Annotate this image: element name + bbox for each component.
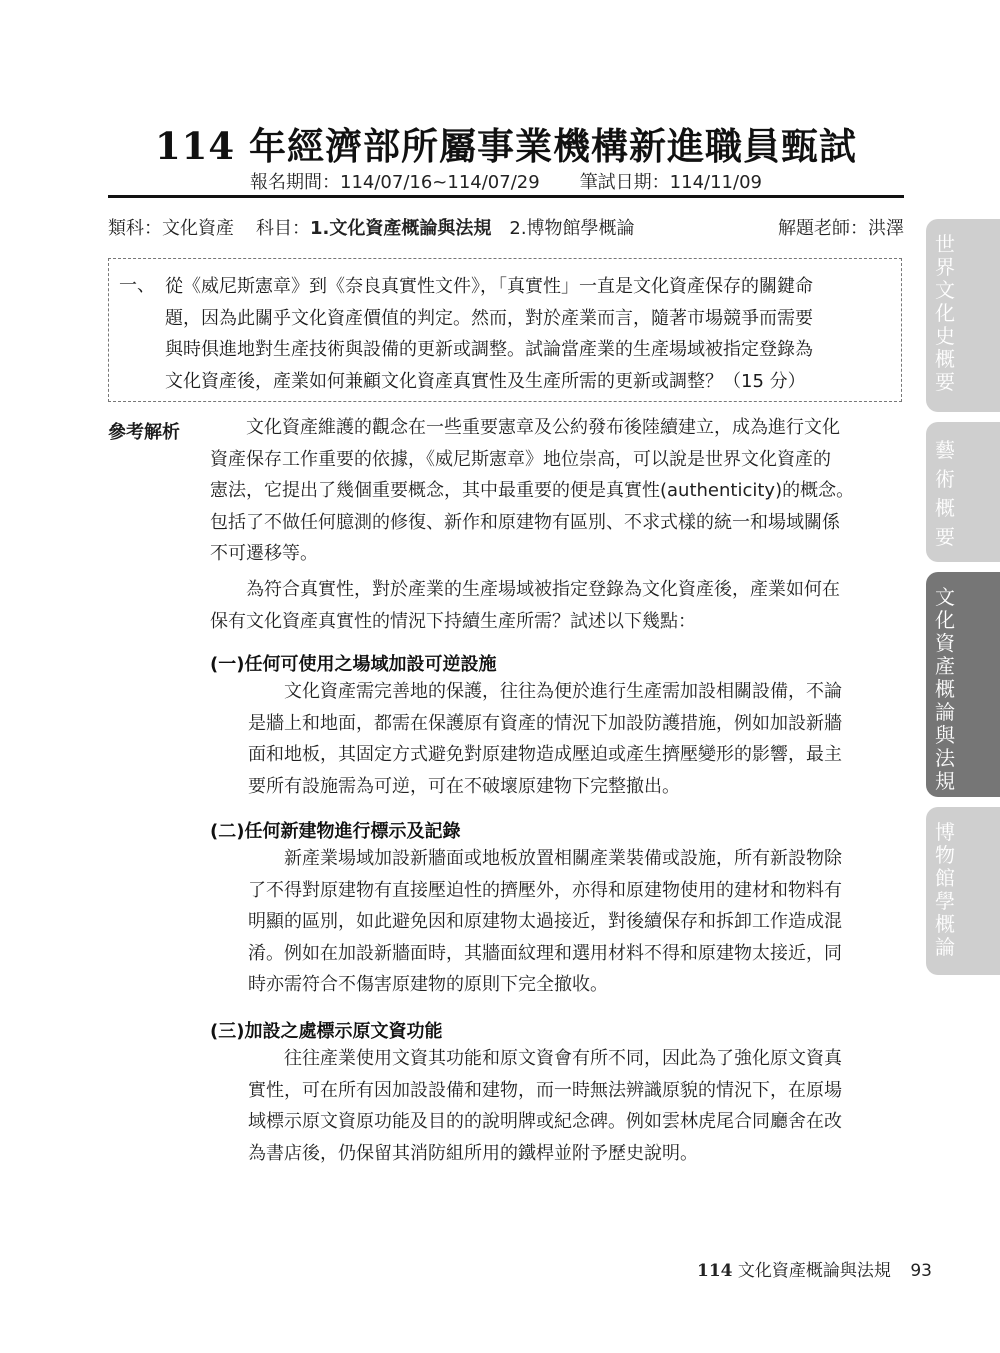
section-body-3: 往往產業使用文資其功能和原文資會有所不同，因此為了強化原文資真 實性，可在所有因… [248, 1043, 842, 1169]
page-footer: 114 文化資產概論與法規 93 [697, 1256, 932, 1281]
section-line: 面和地板，其固定方式避免對原建物造成壓迫或產生擠壓變形的影響，最主 [248, 739, 842, 771]
side-tab-museology[interactable]: 博物館學概論 [926, 807, 1000, 975]
question-line: 與時俱進地對生產技術與設備的更新或調整。試論當產業的生產場域被指定登錄為 [165, 334, 891, 366]
section-body-2: 新產業場域加設新牆面或地板放置相關產業裝備或設施，所有新設物除 了不得對原建物有… [248, 843, 842, 1001]
section-line: 時亦需符合不傷害原建物的原則下完全撤收。 [248, 969, 842, 1001]
side-tab-label: 文化資產概論與法規 [935, 586, 957, 793]
section-line: 是牆上和地面，都需在保護原有資產的情況下加設防護措施，例如加設新牆 [248, 708, 842, 740]
answer-line: 保有文化資產真實性的情況下持續生產所需？試述以下幾點： [210, 606, 840, 638]
section-heading-3: (三)加設之處標示原文資功能 [210, 1017, 442, 1043]
footer-subject: 文化資產概論與法規 [738, 1261, 891, 1281]
page-title: 114 年經濟部所屬事業機構新進職員甄試 [0, 116, 1000, 170]
answer-intro: 文化資產維護的觀念在一些重要憲章及公約發布後陸續建立，成為進行文化 資產保存工作… [210, 412, 854, 570]
answer-line: 文化資產維護的觀念在一些重要憲章及公約發布後陸續建立，成為進行文化 [210, 412, 854, 444]
section-line: 域標示原文資原功能及目的的說明牌或紀念碑。例如雲林虎尾合同廳舍在改 [248, 1106, 842, 1138]
answer-label: 參考解析 [108, 418, 180, 444]
subject-prefix: 科目： [256, 214, 310, 240]
side-tab-label: 世界文化史概要 [935, 233, 957, 394]
category-label: 類科：文化資產 [108, 214, 234, 240]
section-heading-2: (二)任何新建物進行標示及記錄 [210, 817, 460, 843]
section-line: 實性，可在所有因加設設備和建物，而一時無法辨識原貌的情況下，在原場 [248, 1075, 842, 1107]
subject-1: 1.文化資產概論與法規 [310, 214, 491, 240]
exam-date: 筆試日期：114/11/09 [580, 168, 762, 194]
registration-period: 報名期間：114/07/16~114/07/29 [250, 168, 540, 194]
question-number: 一、 [119, 271, 155, 297]
side-tab-world-culture-history[interactable]: 世界文化史概要 [926, 219, 1000, 412]
section-line: 往往產業使用文資其功能和原文資會有所不同，因此為了強化原文資真 [248, 1043, 842, 1075]
exam-dates: 報名期間：114/07/16~114/07/29筆試日期：114/11/09 [0, 168, 1000, 194]
section-line: 為書店後，仍保留其消防組所用的鐵桿並附予歷史說明。 [248, 1138, 842, 1170]
answer-line: 包括了不做任何臆測的修復、新作和原建物有區別、不求式樣的統一和場域關係 [210, 507, 854, 539]
answer-line: 不可遷移等。 [210, 538, 854, 570]
section-line: 文化資產需完善地的保護，往往為便於進行生產需加設相關設備，不論 [248, 676, 842, 708]
subject-2: 2.博物館學概論 [509, 214, 634, 240]
teacher-label: 解題老師：洪澤 [778, 214, 904, 240]
section-line: 要所有設施需為可逆，可在不破壞原建物下完整撤出。 [248, 771, 842, 803]
side-tab-label: 藝術概要 [935, 436, 957, 552]
side-tab-cultural-heritage-law[interactable]: 文化資產概論與法規 [926, 572, 1000, 797]
section-line: 淆。例如在加設新牆面時，其牆面紋理和選用材料不得和原建物太接近，同 [248, 938, 842, 970]
header-divider [108, 195, 904, 198]
question-box: 一、 從《威尼斯憲章》到《奈良真實性文件》，「真實性」一直是文化資產保存的關鍵命… [108, 258, 902, 402]
section-body-1: 文化資產需完善地的保護，往往為便於進行生產需加設相關設備，不論 是牆上和地面，都… [248, 676, 842, 802]
page-number: 93 [910, 1261, 932, 1281]
side-tab-art-overview[interactable]: 藝術概要 [926, 422, 1000, 562]
question-text: 從《威尼斯憲章》到《奈良真實性文件》，「真實性」一直是文化資產保存的關鍵命 題，… [165, 271, 891, 397]
answer-line: 資產保存工作重要的依據，《威尼斯憲章》地位崇高，可以說是世界文化資產的 [210, 444, 854, 476]
section-line: 新產業場域加設新牆面或地板放置相關產業裝備或設施，所有新設物除 [248, 843, 842, 875]
footer-year: 114 [697, 1261, 733, 1281]
side-tab-label: 博物館學概論 [935, 821, 957, 959]
section-heading-1: (一)任何可使用之場域加設可逆設施 [210, 650, 496, 676]
section-line: 了不得對原建物有直接壓迫性的擠壓外，亦得和原建物使用的建材和物料有 [248, 875, 842, 907]
question-line: 從《威尼斯憲章》到《奈良真實性文件》，「真實性」一直是文化資產保存的關鍵命 [165, 271, 891, 303]
exam-meta-row: 類科：文化資產 科目： 1.文化資產概論與法規 2.博物館學概論 解題老師：洪澤 [108, 214, 904, 240]
question-line: 文化資產後，產業如何兼顧文化資產真實性及生產所需的更新或調整？（15 分） [165, 366, 891, 398]
section-line: 明顯的區別，如此避免因和原建物太過接近，對後續保存和拆卸工作造成混 [248, 906, 842, 938]
question-line: 題，因為此關乎文化資產價值的判定。然而，對於產業而言，隨著市場競爭而需要 [165, 303, 891, 335]
answer-transition: 為符合真實性，對於產業的生產場域被指定登錄為文化資產後，產業如何在 保有文化資產… [210, 574, 840, 637]
answer-line: 為符合真實性，對於產業的生產場域被指定登錄為文化資產後，產業如何在 [210, 574, 840, 606]
answer-line: 憲法，它提出了幾個重要概念，其中最重要的便是真實性(authenticity)的… [210, 475, 854, 507]
